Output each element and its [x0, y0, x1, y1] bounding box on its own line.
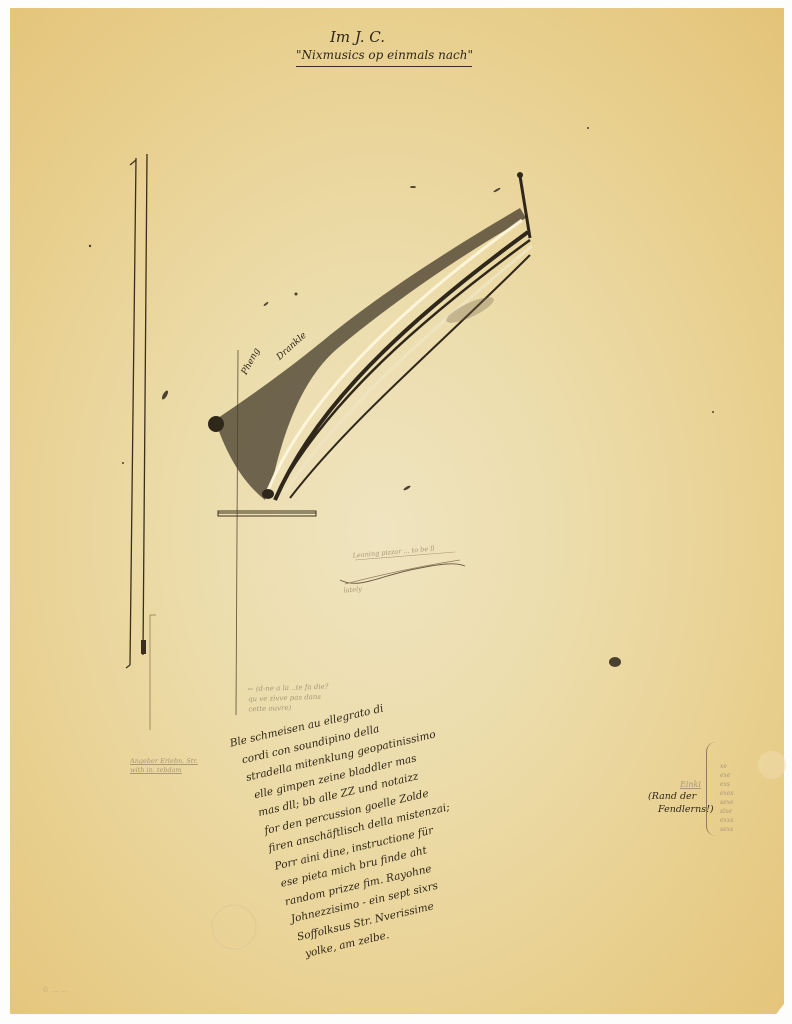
- left-vertical-bar-2: [143, 154, 147, 655]
- side-word-list: xe exe exs exes sexe sixe exxs sexs: [720, 762, 734, 834]
- side-note: (Rand der Fendlerns!): [648, 790, 714, 816]
- side-note-label: Einki: [680, 780, 701, 789]
- left-vertical-bar-1: [130, 158, 136, 665]
- footer-stamp: © ... ...: [42, 986, 67, 994]
- curly-brace: [706, 742, 717, 836]
- left-margin-pencil-note: Angeber Erlebn. Str. with in. tebdam: [130, 757, 198, 775]
- curve-pencil-note: Leaning pizzar ... to be ll lately: [352, 545, 437, 594]
- staff-pencil-note: ← (d-ne a la ..te fa die? qu ve zivve pa…: [248, 682, 330, 715]
